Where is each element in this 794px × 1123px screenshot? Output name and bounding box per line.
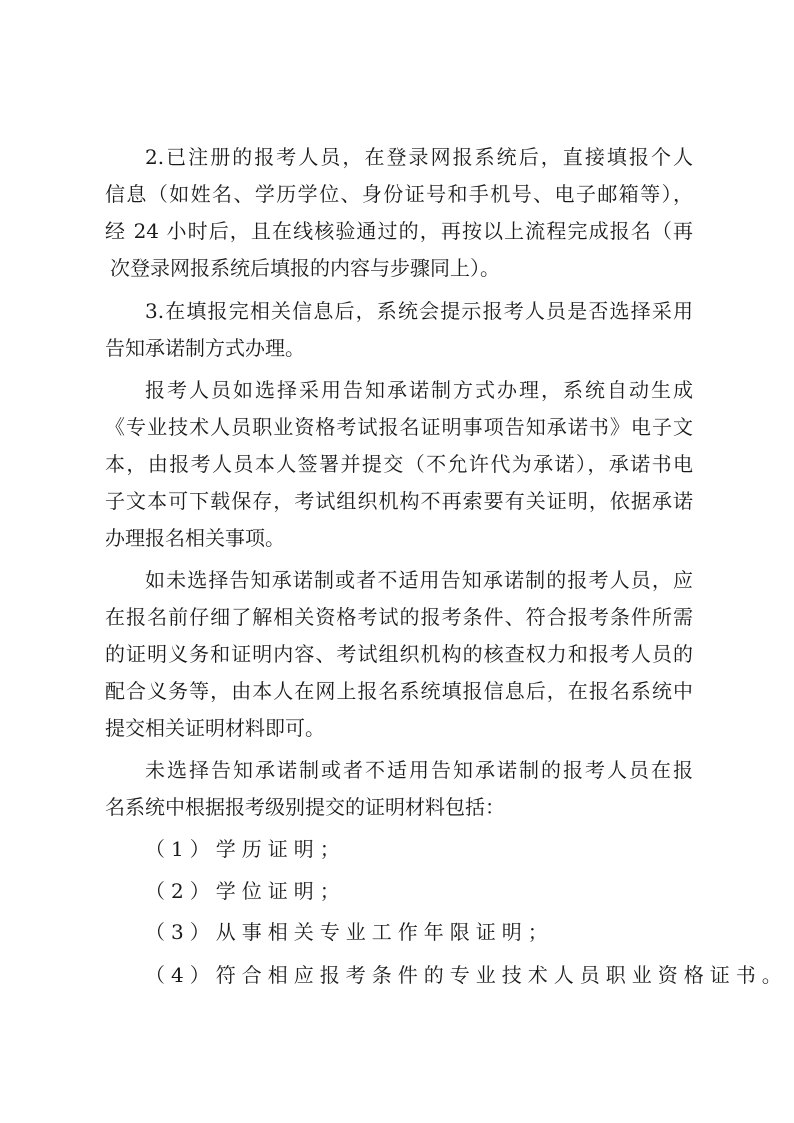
- text-line: 名系统中根据报考级别提交的证明材料包括：: [105, 792, 693, 822]
- text-line: 次登录网报系统后填报的内容与步骤同上）。: [110, 253, 693, 283]
- document-page: 2.已注册的报考人员，在登录网报系统后，直接填报个人 信息（如姓名、学历学位、身…: [0, 0, 794, 1123]
- text-line: 提交相关证明材料即可。: [105, 713, 693, 743]
- text-line: 3.在填报完相关信息后，系统会提示报考人员是否选择采用: [145, 296, 693, 326]
- list-item: （1）学历证明；: [145, 834, 693, 864]
- list-item: （3）从事相关专业工作年限证明；: [145, 917, 693, 947]
- text-line: 经 24 小时后，且在线核验通过的，再按以上流程完成报名（再: [105, 216, 693, 246]
- text-line: 的证明义务和证明内容、考试组织机构的核查权力和报考人员的: [105, 639, 693, 669]
- text-line: 本，由报考人员本人签署并提交（不允许代为承诺），承诺书电: [105, 449, 693, 479]
- text-line: 配合义务等，由本人在网上报名系统填报信息后，在报名系统中: [105, 676, 693, 706]
- list-item: （2）学位证明；: [145, 876, 693, 906]
- text-line: 在报名前仔细了解相关资格考试的报考条件、符合报考条件所需: [105, 602, 693, 632]
- text-line: 2.已注册的报考人员，在登录网报系统后，直接填报个人: [145, 142, 693, 172]
- text-line: 信息（如姓名、学历学位、身份证号和手机号、电子邮箱等），: [105, 179, 693, 209]
- text-line: 如未选择告知承诺制或者不适用告知承诺制的报考人员，应: [145, 565, 693, 595]
- text-line: 子文本可下载保存，考试组织机构不再索要有关证明，依据承诺: [105, 486, 693, 516]
- text-line: 未选择告知承诺制或者不适用告知承诺制的报考人员在报: [145, 755, 693, 785]
- text-line: 报考人员如选择采用告知承诺制方式办理，系统自动生成: [145, 375, 693, 405]
- text-line: 办理报名相关事项。: [105, 523, 693, 553]
- list-item: （4）符合相应报考条件的专业技术人员职业资格证书。: [145, 960, 693, 990]
- text-line: 《专业技术人员职业资格考试报名证明事项告知承诺书》电子文: [105, 412, 693, 442]
- text-line: 告知承诺制方式办理。: [105, 333, 693, 363]
